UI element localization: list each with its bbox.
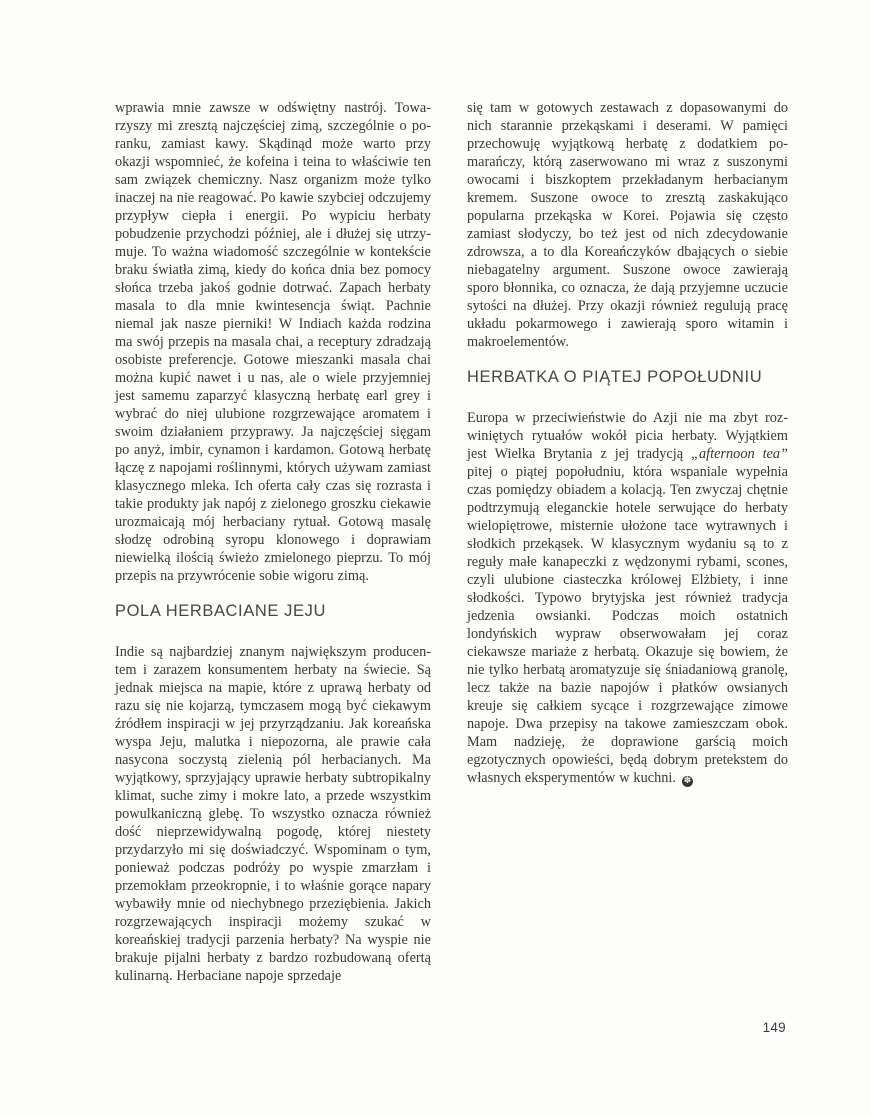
right-text-column: się tam w gotowych zestawach z dopasowan… — [467, 99, 788, 985]
section-heading: HERBATKA O PIĄTEJ POPOŁUDNIU — [467, 368, 788, 386]
text-run: wprawia mnie zawsze w odświętny nastrój.… — [115, 100, 431, 584]
section-heading: POLA HERBACIANE JEJU — [115, 602, 431, 620]
page-number: 149 — [763, 1020, 786, 1035]
left-text-column: wprawia mnie zawsze w odświętny nastrój.… — [115, 99, 431, 985]
body-paragraph: Indie są najbardziej znanym największym … — [115, 643, 431, 985]
magazine-page: wprawia mnie zawsze w odświętny nastrój.… — [0, 0, 871, 1117]
italic-phrase: „afternoon tea” — [691, 446, 788, 462]
text-run: pitej o piątej popołudniu, która wspania… — [467, 464, 788, 786]
two-column-text-layout: wprawia mnie zawsze w odświętny nastrój.… — [115, 99, 788, 985]
text-run: Indie są najbardziej znanym największym … — [115, 644, 431, 984]
body-paragraph: Europa w przeciwieństwie do Azji nie ma … — [467, 409, 788, 787]
body-paragraph: się tam w gotowych zestawach z dopasowan… — [467, 99, 788, 351]
text-run: się tam w gotowych zestawach z dopasowan… — [467, 100, 788, 350]
body-paragraph: wprawia mnie zawsze w odświętny nastrój.… — [115, 99, 431, 585]
article-end-ornament-icon: ✽ — [682, 776, 693, 787]
